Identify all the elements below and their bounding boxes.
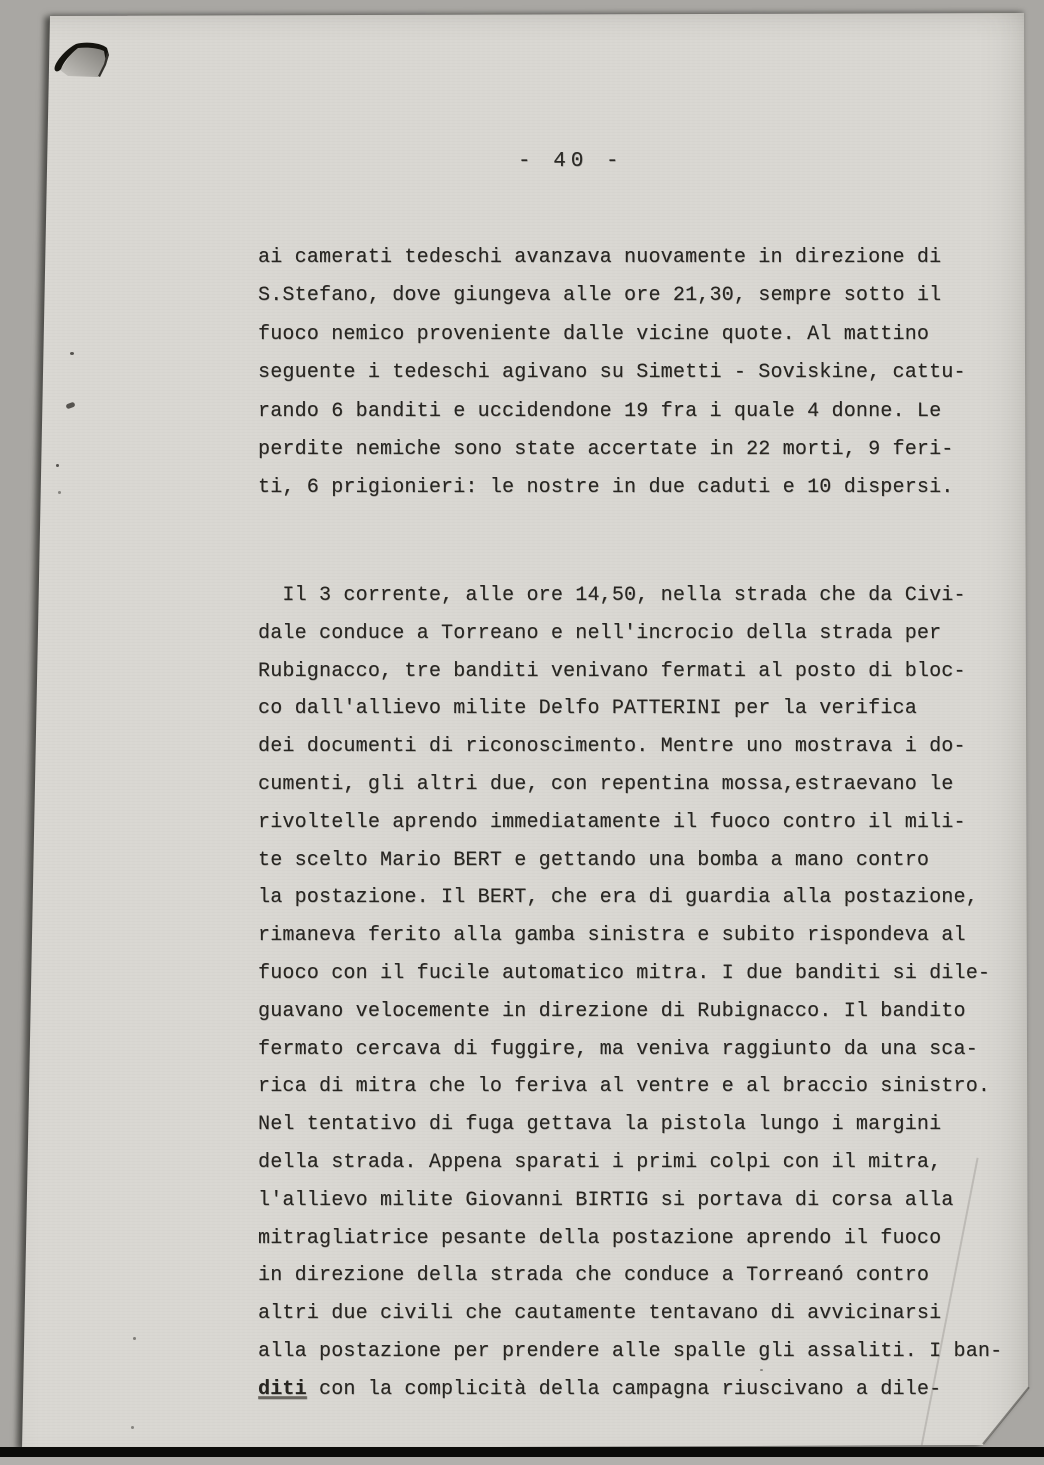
text-line: S.Stefano, dove giungeva alle ore 21,30,… <box>258 277 998 315</box>
page-number: - 40 - <box>518 150 624 173</box>
text-line: Il 3 corrente, alle ore 14,50, nella str… <box>258 577 998 615</box>
text-line: dale conduce a Torreano e nell'incrocio … <box>258 615 998 653</box>
text-line: rivoltelle aprendo immediatamente il fuo… <box>258 804 998 842</box>
text-line: fuoco con il fucile automatico mitra. I … <box>258 955 998 993</box>
text-line: rando 6 banditi e uccidendone 19 fra i q… <box>258 393 998 431</box>
scanner-edge-band <box>0 1447 1044 1457</box>
text-line: seguente i tedeschi agivano su Simetti -… <box>258 354 998 392</box>
page-wrap: - 40 - ai camerati tedeschi avanzava nuo… <box>0 0 1044 1465</box>
smudged-word: diti <box>258 1378 307 1401</box>
text-line: in direzione della strada che conduce a … <box>258 1257 998 1295</box>
text-line: diti con la complicità della campagna ri… <box>258 1371 998 1409</box>
text-line: della strada. Appena sparati i primi col… <box>258 1144 998 1182</box>
text-line: co dall'allievo milite Delfo PATTERINI p… <box>258 690 998 728</box>
text-line: cumenti, gli altri due, con repentina mo… <box>258 766 998 804</box>
ink-speck <box>56 464 59 467</box>
text-line: Nel tentativo di fuga gettava la pistola… <box>258 1106 998 1144</box>
text-line: rimaneva ferito alla gamba sinistra e su… <box>258 917 998 955</box>
text-line: fuoco nemico proveniente dalle vicine qu… <box>258 316 998 354</box>
text-line: mitragliatrice pesante della postazione … <box>258 1220 998 1258</box>
text-line: dei documenti di riconoscimento. Mentre … <box>258 728 998 766</box>
text-line: perdite nemiche sono state accertate in … <box>258 431 998 469</box>
text-line: l'allievo milite Giovanni BIRTIG si port… <box>258 1182 998 1220</box>
text-line: te scelto Mario BERT e gettando una bomb… <box>258 842 998 880</box>
text-line: ai camerati tedeschi avanzava nuovamente… <box>258 239 998 277</box>
document-page: - 40 - ai camerati tedeschi avanzava nuo… <box>0 0 1044 1465</box>
ink-blot <box>52 38 116 84</box>
text-line: Rubignacco, tre banditi venivano fermati… <box>258 653 998 691</box>
text-line: alla postazione per prendere alle spalle… <box>258 1333 998 1371</box>
ink-speck <box>70 352 74 355</box>
paragraph-2: Il 3 corrente, alle ore 14,50, nella str… <box>258 577 998 1409</box>
ink-speck <box>131 1426 134 1429</box>
text-line: rica di mitra che lo feriva al ventre e … <box>258 1068 998 1106</box>
ink-speck <box>760 1369 763 1371</box>
ink-speck <box>133 1337 136 1340</box>
text-line: ti, 6 prigionieri: le nostre in due cadu… <box>258 469 998 507</box>
paragraph-1: ai camerati tedeschi avanzava nuovamente… <box>258 239 998 508</box>
ink-speck <box>65 402 75 410</box>
text-line: la postazione. Il BERT, che era di guard… <box>258 879 998 917</box>
text-line: fermato cercava di fuggire, ma veniva ra… <box>258 1031 998 1069</box>
text-line: altri due civili che cautamente tentavan… <box>258 1295 998 1333</box>
ink-speck <box>58 491 61 494</box>
scanned-document: - 40 - ai camerati tedeschi avanzava nuo… <box>0 0 1044 1465</box>
scan-bottom-strip <box>0 1457 1044 1465</box>
text-line: guavano velocemente in direzione di Rubi… <box>258 993 998 1031</box>
